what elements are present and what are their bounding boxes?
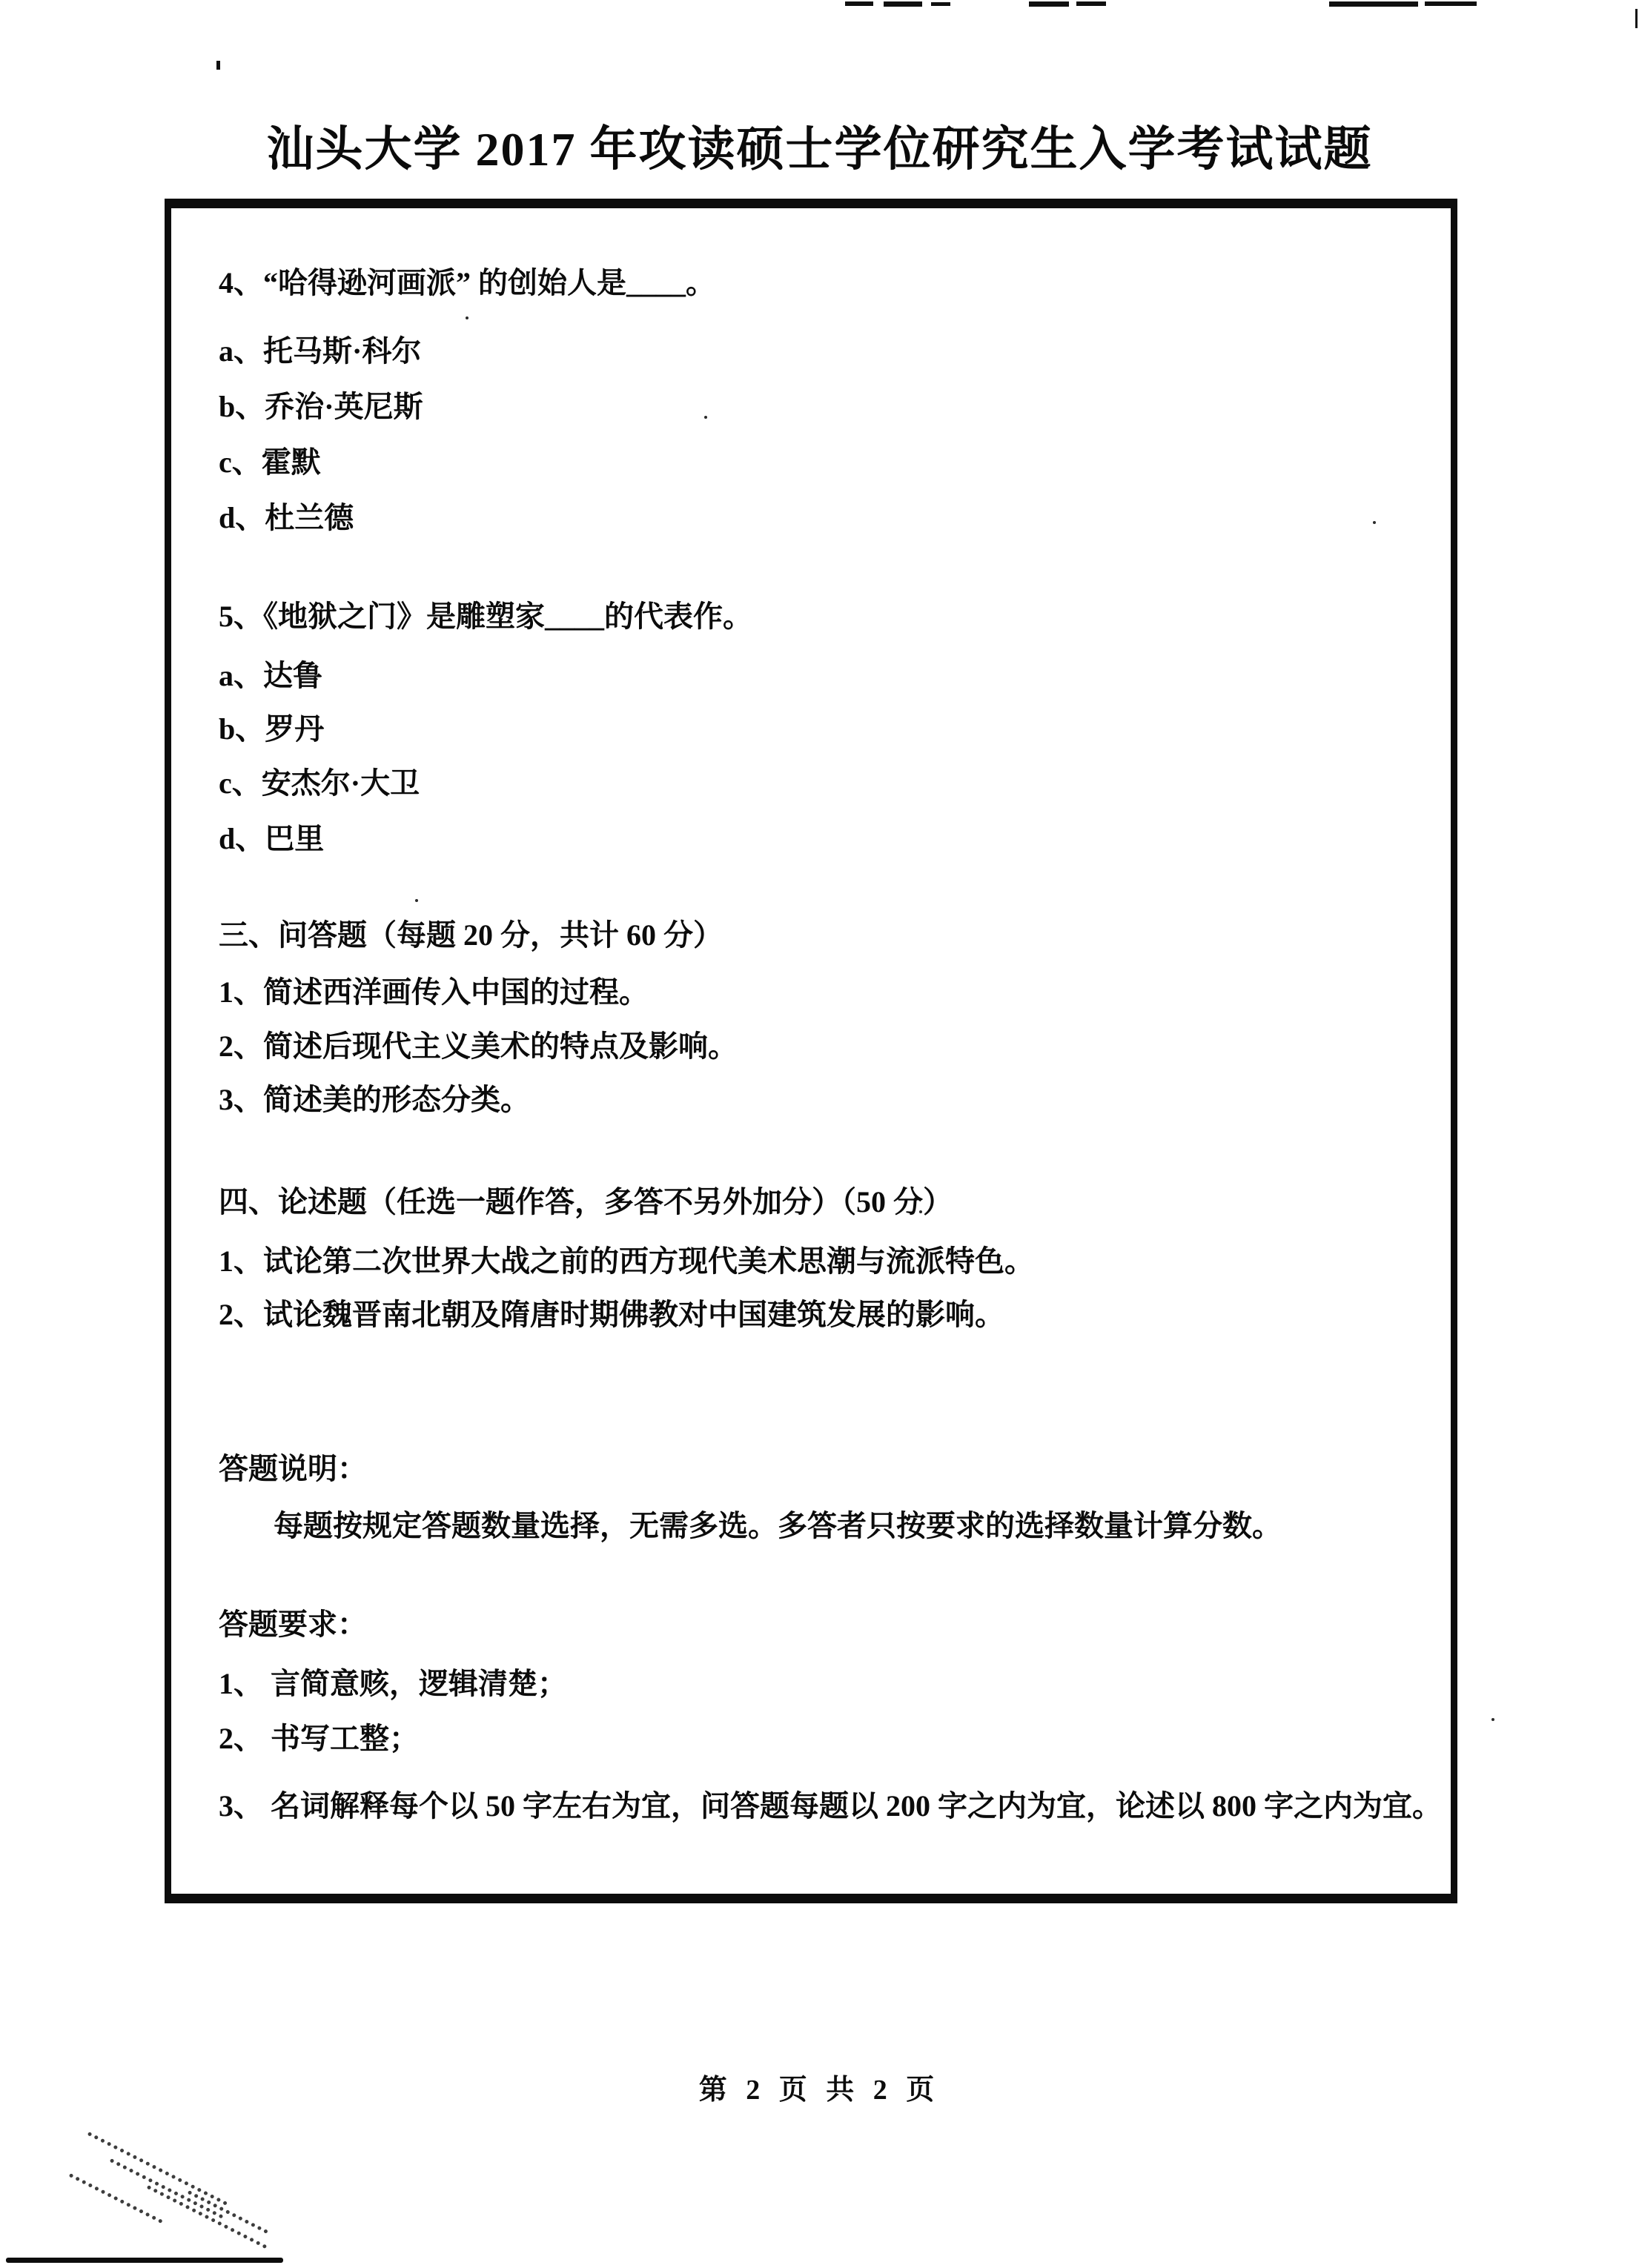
scan-dash-artifact	[931, 2, 950, 6]
scan-dash-artifact	[1329, 1, 1418, 7]
question-option: a、托马斯·科尔	[219, 334, 421, 369]
requirement-item: 1、 言简意赅，逻辑清楚；	[219, 1666, 567, 1702]
section-heading: 四、论述题（任选一题作答，多答不另外加分）（50 分）	[219, 1184, 953, 1220]
section-item: 2、试论魏晋南北朝及隋唐时期佛教对中国建筑发展的影响。	[219, 1297, 1004, 1333]
answer-notes-heading: 答题说明：	[219, 1451, 367, 1487]
question-option: c、霍默	[219, 445, 321, 480]
question-option: a、达鲁	[219, 658, 322, 694]
page-footer: 第 2 页 共 2 页	[0, 2066, 1639, 2107]
section-item: 2、简述后现代主义美术的特点及影响。	[219, 1029, 738, 1064]
page-title: 汕头大学 2017 年攻读硕士学位研究生入学考试试题	[0, 111, 1639, 179]
scan-dash-artifact	[1076, 1, 1106, 6]
question-option: c、安杰尔·大卫	[219, 766, 420, 801]
scan-dash-artifact	[1029, 1, 1069, 7]
question-option: d、巴里	[219, 821, 324, 857]
question-option: b、乔治·英尼斯	[219, 389, 423, 425]
question-option: b、罗丹	[219, 712, 324, 747]
requirement-item: 3、 名词解释每个以 50 字左右为宜，问答题每题以 200 字之内为宜，论述以…	[219, 1777, 1442, 1834]
section-heading: 三、问答题（每题 20 分，共计 60 分）	[219, 918, 723, 953]
scan-dash-artifact	[845, 1, 873, 6]
scan-dash-artifact	[1425, 1, 1477, 6]
question-option: d、杜兰德	[219, 500, 354, 536]
question-stem: 5、《地狱之门》是雕塑家____的代表作。	[219, 599, 752, 634]
answer-notes-body: 每题按规定答题数量选择，无需多选。多答者只按要求的选择数量计算分数。	[219, 1508, 1282, 1544]
question-stem: 4、“哈得逊河画派” 的创始人是____。	[219, 265, 715, 301]
scan-dash-artifact	[1635, 9, 1638, 28]
noise-speck	[1491, 1718, 1494, 1721]
bottom-edge-line-artifact	[6, 2258, 283, 2263]
requirement-item: 2、 书写工整；	[219, 1721, 419, 1757]
scan-speck-artifact	[216, 61, 220, 70]
scan-dash-artifact	[884, 1, 922, 7]
section-item: 1、简述西洋画传入中国的过程。	[219, 975, 649, 1010]
answer-requirements-heading: 答题要求：	[219, 1607, 367, 1642]
scribble-artifact	[110, 2158, 224, 2219]
section-item: 1、试论第二次世界大战之前的西方现代美术思潮与流派特色。	[219, 1244, 1034, 1279]
section-item: 3、简述美的形态分类。	[219, 1082, 530, 1118]
exam-paper-page: 汕头大学 2017 年攻读硕士学位研究生入学考试试题 4、“哈得逊河画派” 的创…	[0, 0, 1639, 2268]
